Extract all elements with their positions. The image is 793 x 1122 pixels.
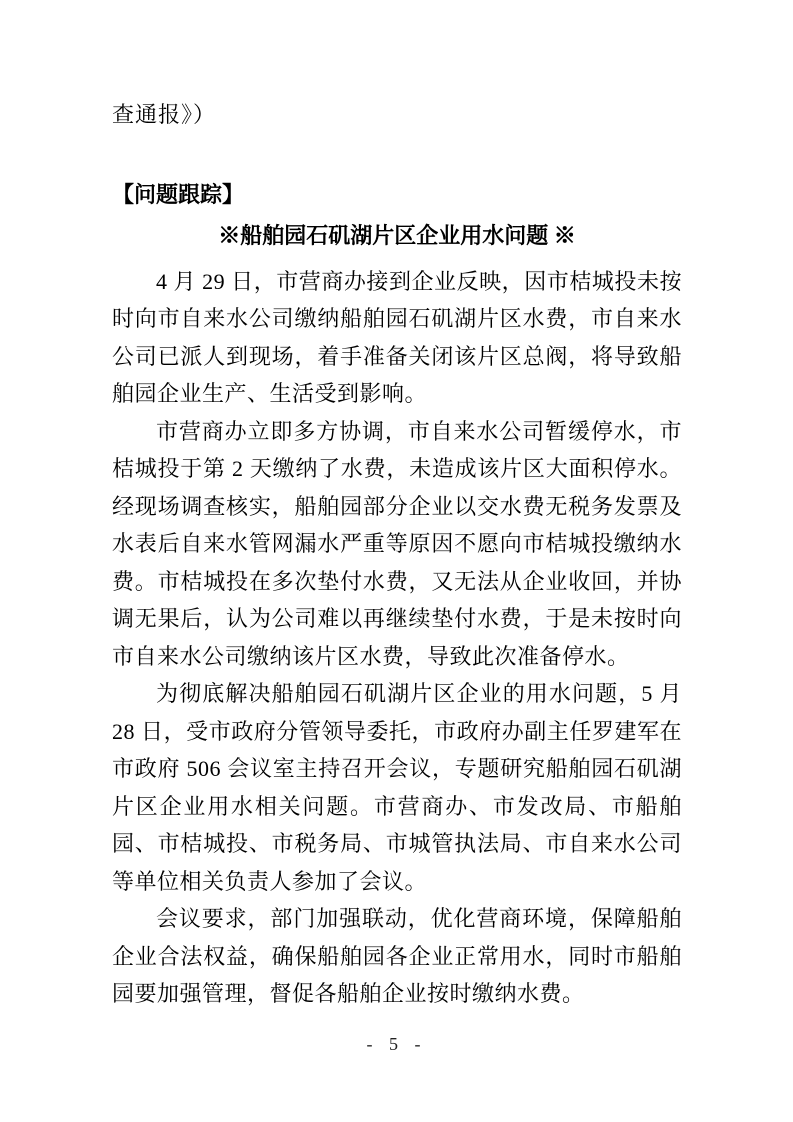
- body-paragraph-3: 为彻底解决船舶园石矶湖片区企业的用水问题，5 月 28 日，受市政府分管领导委托…: [112, 675, 682, 900]
- document-page: 查通报》） 【问题跟踪】 ※船舶园石矶湖片区企业用水问题 ※ 4 月 29 日，…: [0, 0, 793, 1122]
- document-content: 查通报》） 【问题跟踪】 ※船舶园石矶湖片区企业用水问题 ※ 4 月 29 日，…: [112, 96, 682, 1013]
- body-paragraph-2: 市营商办立即多方协调，市自来水公司暂缓停水，市桔城投于第 2 天缴纳了水费，未造…: [112, 413, 682, 676]
- article-headline: ※船舶园石矶湖片区企业用水问题 ※: [112, 217, 682, 255]
- page-number: - 5 -: [0, 1034, 793, 1055]
- body-paragraph-1: 4 月 29 日，市营商办接到企业反映，因市桔城投未按时向市自来水公司缴纳船舶园…: [112, 263, 682, 413]
- section-header: 【问题跟踪】: [112, 176, 682, 214]
- continuation-text: 查通报》）: [112, 96, 682, 134]
- body-paragraph-4: 会议要求，部门加强联动，优化营商环境，保障船舶企业合法权益，确保船舶园各企业正常…: [112, 900, 682, 1013]
